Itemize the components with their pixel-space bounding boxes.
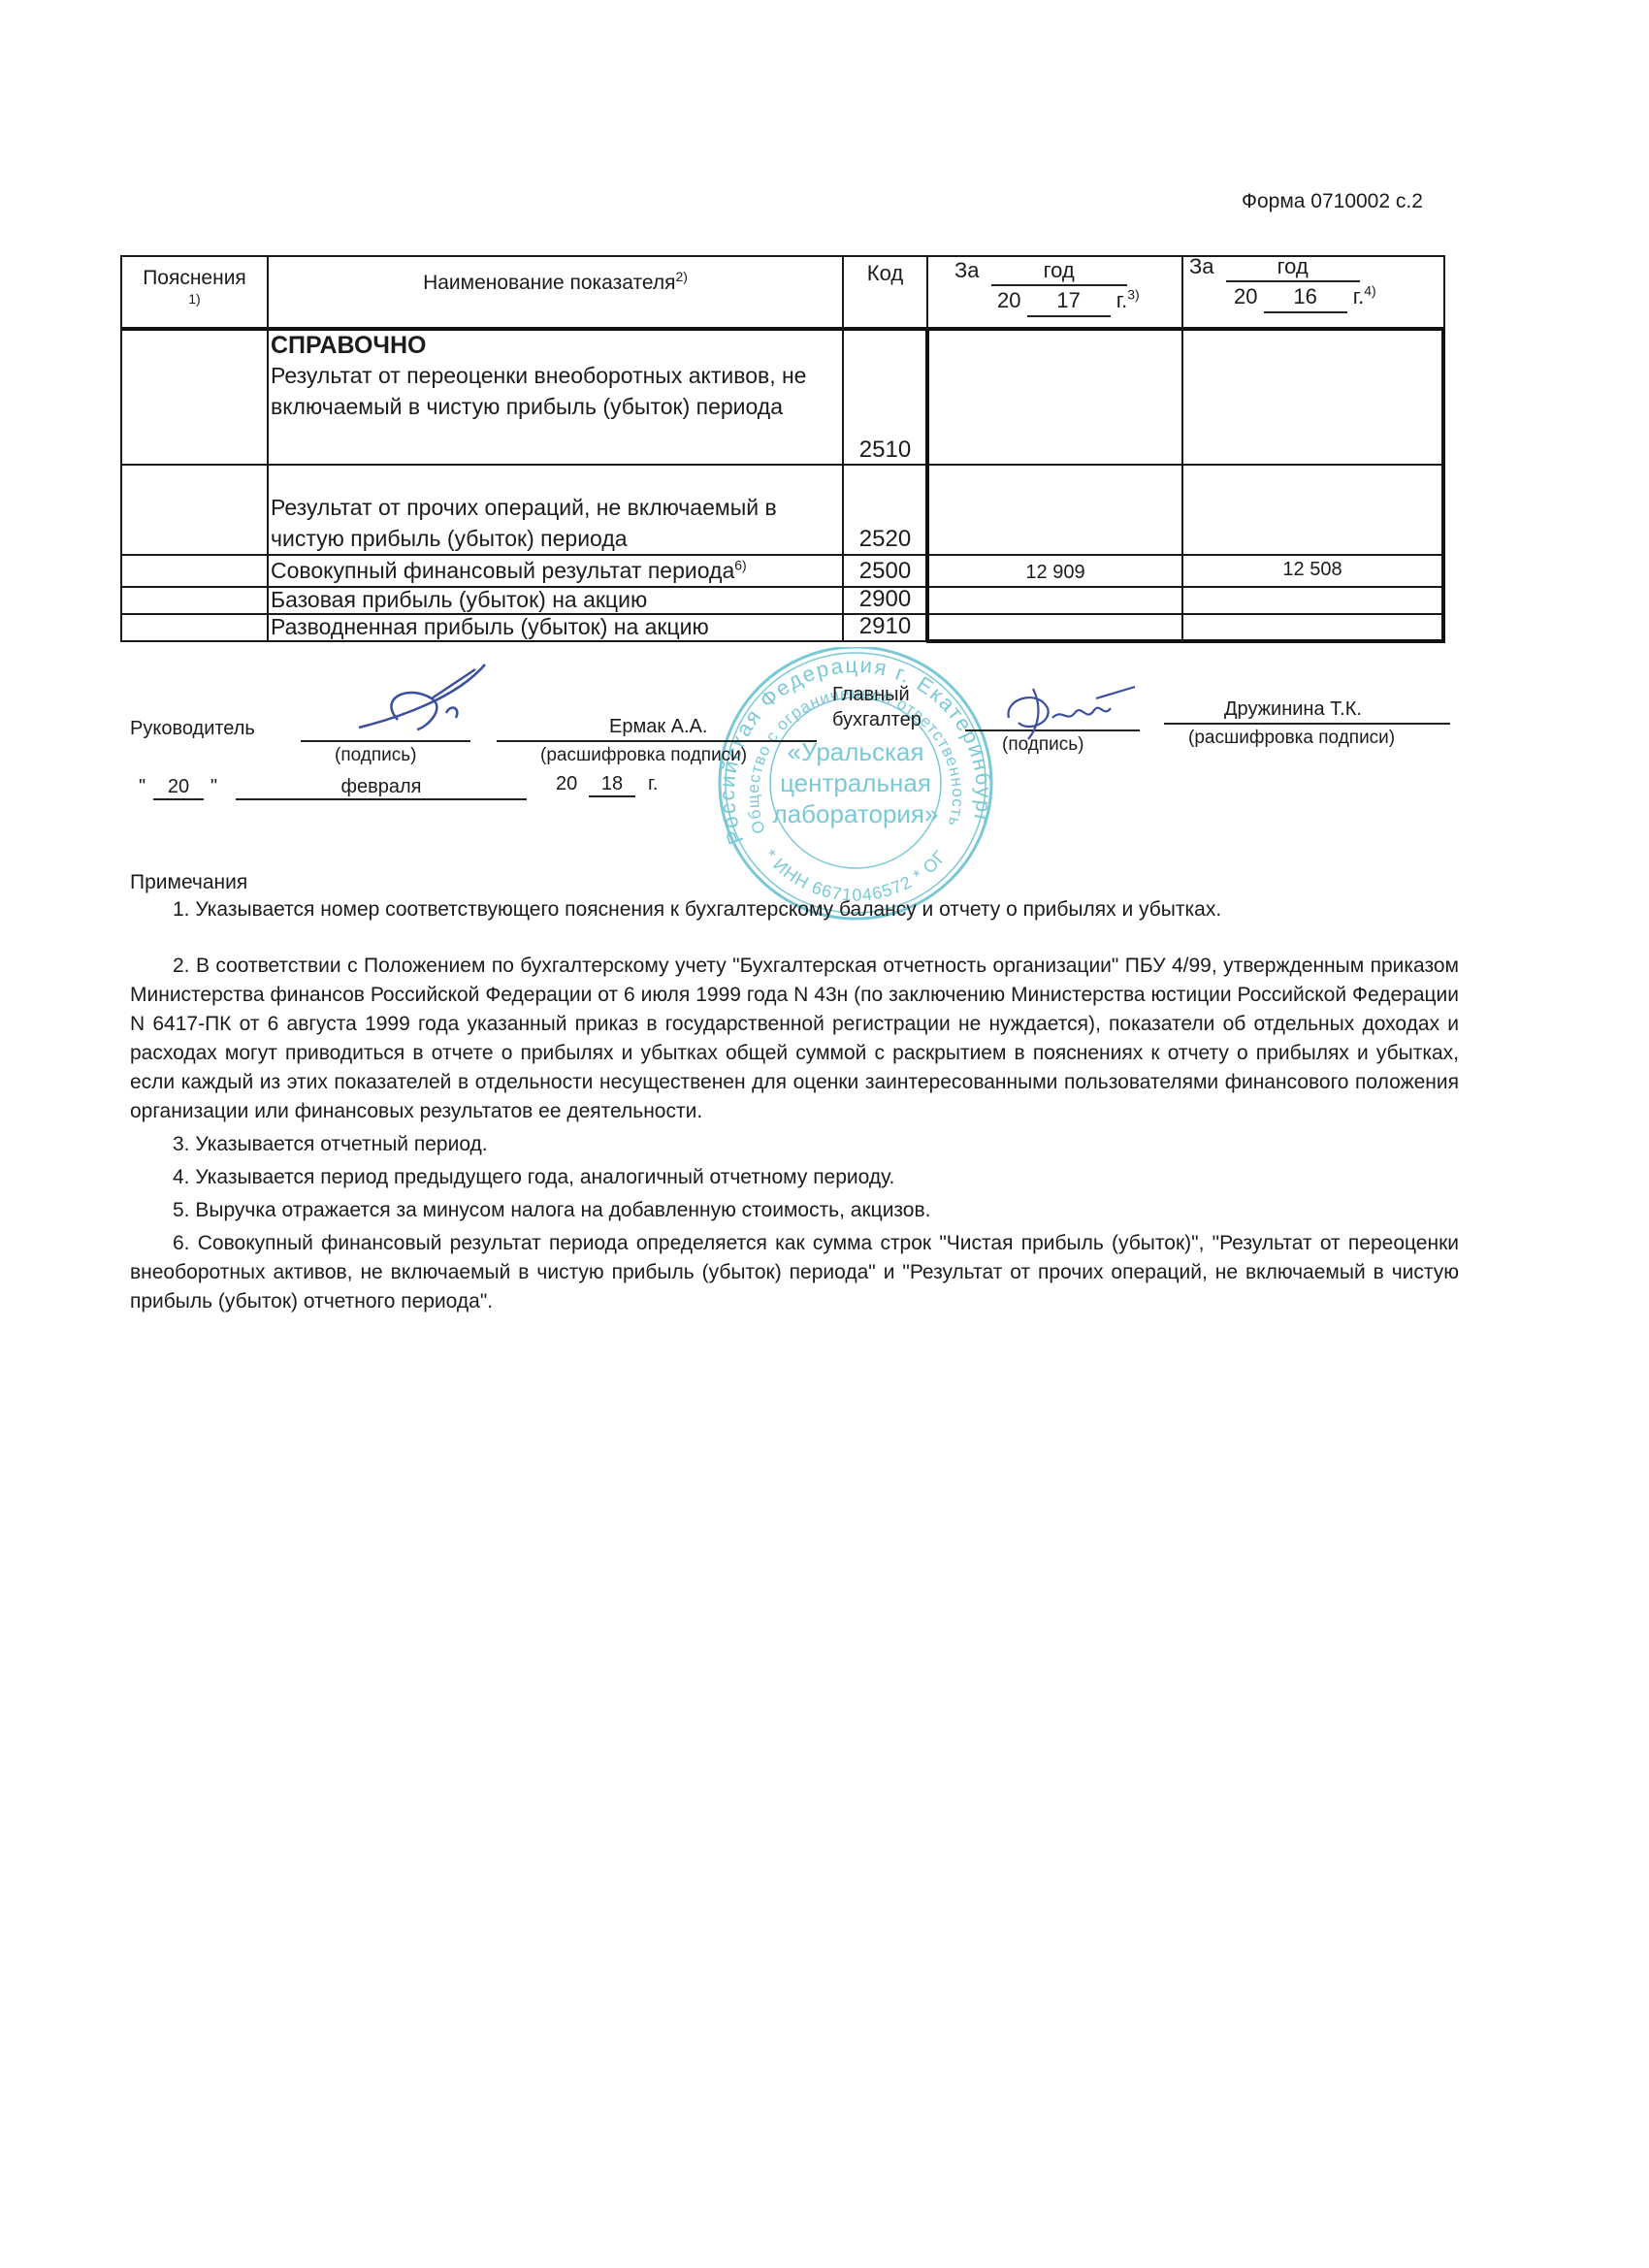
chief-accountant-role-line2: бухгалтер (832, 707, 921, 732)
chief-accountant-role-label: Главный бухгалтер (832, 682, 921, 732)
date-year-suffix: г. (648, 773, 658, 795)
header-previous-year: 16 (1264, 282, 1347, 313)
head-name-caption: (расшифровка подписи) (540, 745, 747, 766)
row-name: Результат от прочих операций, не включае… (271, 492, 841, 554)
footnote-item: 4. Указывается период предыдущего года, … (130, 1163, 1459, 1192)
header-previous-period: За год 20 16 г.4) (1189, 253, 1443, 313)
date-month: февраля (236, 776, 527, 800)
row-name: Разводненная прибыль (убыток) на акцию (271, 613, 841, 641)
header-notes-label: Пояснения (122, 267, 267, 290)
header-name-label: Наименование показателя (423, 272, 675, 294)
data-border-right (1441, 327, 1445, 642)
header-previous-year-prefix: 20 (1234, 284, 1257, 308)
stamp-line: центральная (705, 767, 1006, 798)
section-label: СПРАВОЧНО (271, 332, 841, 360)
header-previous-footnote: 4) (1364, 283, 1375, 299)
header-previous-period-word: год (1226, 253, 1360, 282)
header-code: Код (844, 259, 926, 287)
header-current-footnote: 3) (1127, 287, 1139, 303)
footnote-item: 3. Указывается отчетный период. (130, 1130, 1459, 1159)
head-name-line (497, 740, 817, 742)
header-current-year: 17 (1027, 286, 1111, 317)
header-current-za: За (954, 258, 980, 282)
form-code: Форма 0710002 с.2 (1242, 190, 1423, 213)
header-previous-year-suffix: г. (1353, 284, 1364, 308)
date-quote-open: " (139, 776, 145, 798)
col-divider (926, 255, 928, 329)
col-divider (267, 255, 269, 642)
head-signature-icon (339, 660, 504, 747)
head-role-label: Руководитель (130, 718, 255, 740)
header-current-year-prefix: 20 (997, 288, 1020, 312)
data-border-bottom (926, 639, 1445, 643)
header-name: Наименование показателя2) (269, 269, 842, 297)
row-previous-value: 12 508 (1183, 556, 1441, 584)
footnote-item: 6. Совокупный финансовый результат перио… (130, 1229, 1459, 1316)
header-current-period-word: год (991, 257, 1127, 286)
row-code: 2500 (844, 557, 926, 585)
header-previous-za: За (1189, 254, 1214, 278)
row-current-value: 12 909 (929, 559, 1181, 587)
footnote-item: 5. Выручка отражается за минусом налога … (130, 1196, 1459, 1225)
footnotes-title: Примечания (130, 868, 1459, 897)
footnotes: Примечания 1. Указывается номер соответс… (130, 868, 1459, 1316)
date-day: 20 (153, 776, 204, 800)
header-notes: Пояснения 1) (122, 267, 267, 308)
head-signature-caption: (подпись) (335, 745, 416, 766)
footnote-item: 2. В соответствии с Положением по бухгал… (130, 952, 1459, 1126)
col-divider (1181, 255, 1183, 642)
table-border-right (1443, 255, 1445, 329)
stamp-line: лаборатория» (705, 798, 1006, 829)
row-name-text: Совокупный финансовый результат периода (271, 558, 734, 583)
stamp-center-text: «Уральская центральная лаборатория» (705, 736, 1006, 829)
date-quote-close: " (210, 776, 217, 798)
row-divider (120, 464, 1445, 466)
chief-accountant-signature-caption: (подпись) (1002, 734, 1083, 756)
table-border-left (120, 255, 122, 642)
date-year-prefix: 20 (556, 773, 577, 795)
chief-accountant-name-line (1164, 723, 1450, 725)
header-current-year-suffix: г. (1116, 288, 1127, 312)
head-name: Ермак А.А. (609, 716, 707, 738)
header-notes-footnote: 1) (122, 290, 267, 308)
header-divider (120, 327, 1445, 331)
row-name: Совокупный финансовый результат периода6… (271, 557, 841, 585)
row-code: 2520 (844, 525, 926, 553)
chief-accountant-role-line1: Главный (832, 682, 921, 707)
row-code: 2900 (844, 585, 926, 613)
row-name: Результат от переоценки внеоборотных акт… (271, 360, 841, 422)
chief-accountant-name: Дружинина Т.К. (1224, 698, 1362, 721)
row-name: Базовая прибыль (убыток) на акцию (271, 586, 841, 614)
table-row: СПРАВОЧНО Результат от переоценки внеобо… (271, 332, 841, 422)
header-name-footnote: 2) (675, 269, 687, 284)
row-code: 2510 (844, 436, 926, 464)
report-table: Пояснения 1) Наименование показателя2) К… (120, 255, 1445, 642)
date-year: 18 (589, 773, 635, 797)
row-name-footnote: 6) (734, 557, 746, 572)
row-code: 2910 (844, 612, 926, 640)
header-current-period: За год 20 17 г.3) (954, 257, 1178, 317)
chief-accountant-name-caption: (расшифровка подписи) (1188, 728, 1395, 749)
footnote-item: 1. Указывается номер соответствующего по… (130, 895, 1459, 924)
